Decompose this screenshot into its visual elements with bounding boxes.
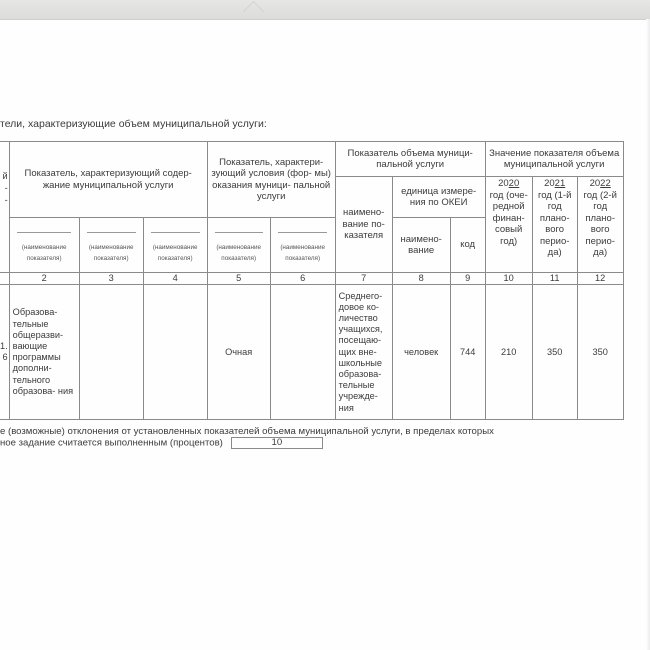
section-caption: тели, характеризующие объем муниципально… (0, 118, 267, 130)
cell-value-2020: 210 (485, 285, 532, 420)
column-number-row: 2 3 4 5 6 7 8 9 10 11 12 (0, 273, 623, 285)
blank-line (17, 232, 71, 233)
year-value: 22 (600, 178, 611, 189)
deviation-note-text: ное задание считается выполненным (проце… (0, 438, 223, 449)
column-number: 9 (450, 273, 485, 285)
subheader-condition-1: (наименование показателя) (207, 218, 270, 273)
year-label: год (1-й год плано- вого перио- да) (538, 190, 571, 259)
sub-label: (наименование показателя) (89, 244, 134, 262)
deviation-note-line1: е (возможные) отклонения от установленны… (0, 426, 494, 437)
deviation-note: е (возможные) отклонения от установленны… (0, 426, 494, 449)
cell-content-1: Образова- тельные общеразви- вающие прог… (9, 285, 79, 420)
subheader-content-2: (наименование показателя) (79, 218, 143, 273)
subheader-condition-2: (наименование показателя) (270, 218, 335, 273)
scan-edge-shadow (646, 19, 650, 650)
header-indicator-value: Значение показателя объема муниципальной… (485, 142, 623, 177)
scanner-top-edge (0, 0, 650, 20)
blank-line (215, 232, 263, 233)
year-prefix: 20 (498, 178, 509, 189)
cell-content-2 (79, 285, 143, 420)
year-label: год (оче- редной финан- совый год) (490, 190, 528, 247)
cell-value-2021: 350 (532, 285, 577, 420)
year-prefix: 20 (590, 178, 601, 189)
column-number: 3 (79, 273, 143, 285)
cell-unit-code: 744 (450, 285, 485, 420)
blank-line (87, 232, 136, 233)
header-unit-name: наимено- вание (392, 218, 450, 273)
sub-label: (наименование показателя) (153, 244, 198, 262)
sub-label: (наименование показателя) (216, 244, 261, 262)
column-number: 6 (270, 273, 335, 285)
header-okei-unit: единица измере- ния по ОКЕИ (392, 177, 485, 218)
header-condition-indicators: Показатель, характери- зующий условия (ф… (207, 142, 335, 218)
percent-value-field: 10 (231, 437, 323, 449)
cell-unit-name: человек (392, 285, 450, 420)
cell-condition-1: Очная (207, 285, 270, 420)
header-unit-code: код (450, 218, 485, 273)
year-value: 21 (555, 178, 566, 189)
deviation-note-line2: ное задание считается выполненным (проце… (0, 437, 494, 449)
cell-registry-fragment: 1. 6 (0, 285, 9, 420)
year-prefix: 20 (544, 178, 555, 189)
col1-header-fragment: й - - (0, 142, 9, 273)
subheader-content-3: (наименование показателя) (143, 218, 207, 273)
service-volume-table: й - - Показатель, характеризующий содер-… (0, 141, 624, 420)
blank-line (151, 232, 200, 233)
blank-line (278, 232, 328, 233)
column-number: 5 (207, 273, 270, 285)
column-number (0, 273, 9, 285)
header-year-2021: 2021 год (1-й год плано- вого перио- да) (532, 177, 577, 273)
cell-condition-2 (270, 285, 335, 420)
header-volume-indicator: Показатель объема муници- пальной услуги (335, 142, 485, 177)
column-number: 8 (392, 273, 450, 285)
header-fragment: й (3, 171, 8, 181)
column-number: 4 (143, 273, 207, 285)
header-content-indicators: Показатель, характеризующий содер- жание… (9, 142, 207, 218)
year-label: год (2-й год плано- вого перио- да) (583, 190, 616, 259)
table-row: 1. 6 Образова- тельные общеразви- вающие… (0, 285, 623, 420)
scan-artifact (243, 1, 264, 22)
sub-label: (наименование показателя) (280, 244, 325, 262)
sub-label: (наименование показателя) (22, 244, 67, 262)
cell-indicator-name: Среднего- довое ко- личество учащихся, п… (335, 285, 392, 420)
cell-content-3 (143, 285, 207, 420)
header-fragment: - (5, 195, 8, 205)
header-fragment: - (5, 183, 8, 193)
header-indicator-name: наимено- вание по- казателя (335, 177, 392, 273)
column-number: 10 (485, 273, 532, 285)
header-year-2022: 2022 год (2-й год плано- вого перио- да) (577, 177, 623, 273)
subheader-content-1: (наименование показателя) (9, 218, 79, 273)
year-value: 20 (509, 178, 520, 189)
header-year-2020: 2020 год (оче- редной финан- совый год) (485, 177, 532, 273)
cell-value-2022: 350 (577, 285, 623, 420)
column-number: 11 (532, 273, 577, 285)
column-number: 12 (577, 273, 623, 285)
column-number: 7 (335, 273, 392, 285)
column-number: 2 (9, 273, 79, 285)
